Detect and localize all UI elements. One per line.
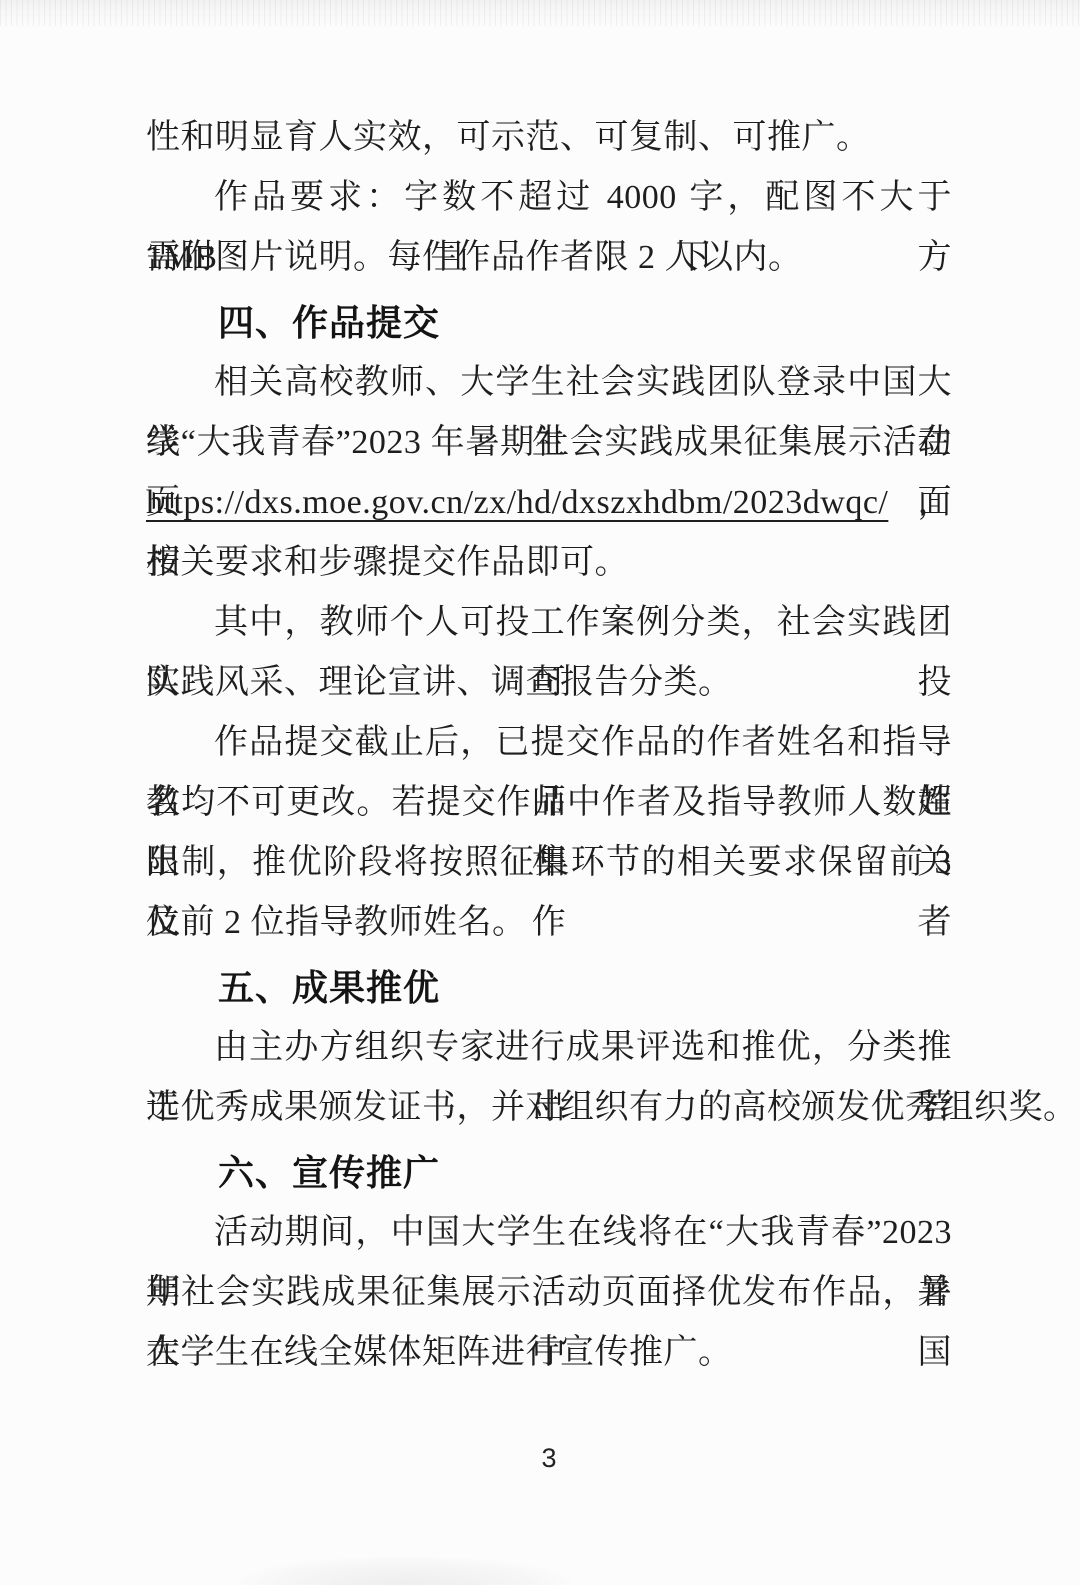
text-line: 由主办方组织专家进行成果评选和推优，分类推选出若 xyxy=(146,1018,952,1078)
text-line: 期社会实践成果征集展示活动页面择优发布作品，并在中国 xyxy=(146,1263,952,1323)
scan-artifact-bottom xyxy=(240,1557,570,1585)
text-line: 其中，教师个人可投工作案例分类，社会实践团队可投 xyxy=(146,593,952,653)
text-line: 相关高校教师、大学生社会实践团队登录中国大学生在 xyxy=(146,353,952,413)
section-heading-4-submission: 四、作品提交 xyxy=(146,293,952,353)
text-line-with-link: https://dxs.moe.gov.cn/zx/hd/dxszxhdbm/2… xyxy=(146,473,952,533)
text-line: 限制，推优阶段将按照征集环节的相关要求保留前 3 位作者 xyxy=(146,833,952,893)
text-line: 性和明显育人实效，可示范、可复制、可推广。 xyxy=(146,108,952,168)
page-footer: 3 xyxy=(146,1443,952,1474)
document-page: 性和明显育人实效，可示范、可复制、可推广。 作品要求：字数不超过 4000 字，… xyxy=(0,0,1080,1474)
text-line: 活动期间，中国大学生在线将在“大我青春”2023 年暑 xyxy=(146,1203,952,1263)
submission-url-link[interactable]: https://dxs.moe.gov.cn/zx/hd/dxszxhdbm/2… xyxy=(146,484,888,521)
section-heading-5-selection: 五、成果推优 xyxy=(146,958,952,1018)
section-heading-6-promotion: 六、宣传推广 xyxy=(146,1143,952,1203)
text-line: 相关要求和步骤提交作品即可。 xyxy=(146,533,952,593)
text-line: 干优秀成果颁发证书，并对组织有力的高校颁发优秀组织奖。 xyxy=(146,1078,952,1138)
text-line: 名均不可更改。若提交作品中作者及指导教师人数超出相关 xyxy=(146,773,952,833)
text-line: 线“大我青春”2023 年暑期社会实践成果征集展示活动页面 xyxy=(146,413,952,473)
text-line: 作品要求：字数不超过 4000 字，配图不大于 1MB 且下方 xyxy=(146,168,952,228)
text-line: 作品提交截止后，已提交作品的作者姓名和指导教师姓 xyxy=(146,713,952,773)
page-number: 3 xyxy=(541,1443,556,1474)
